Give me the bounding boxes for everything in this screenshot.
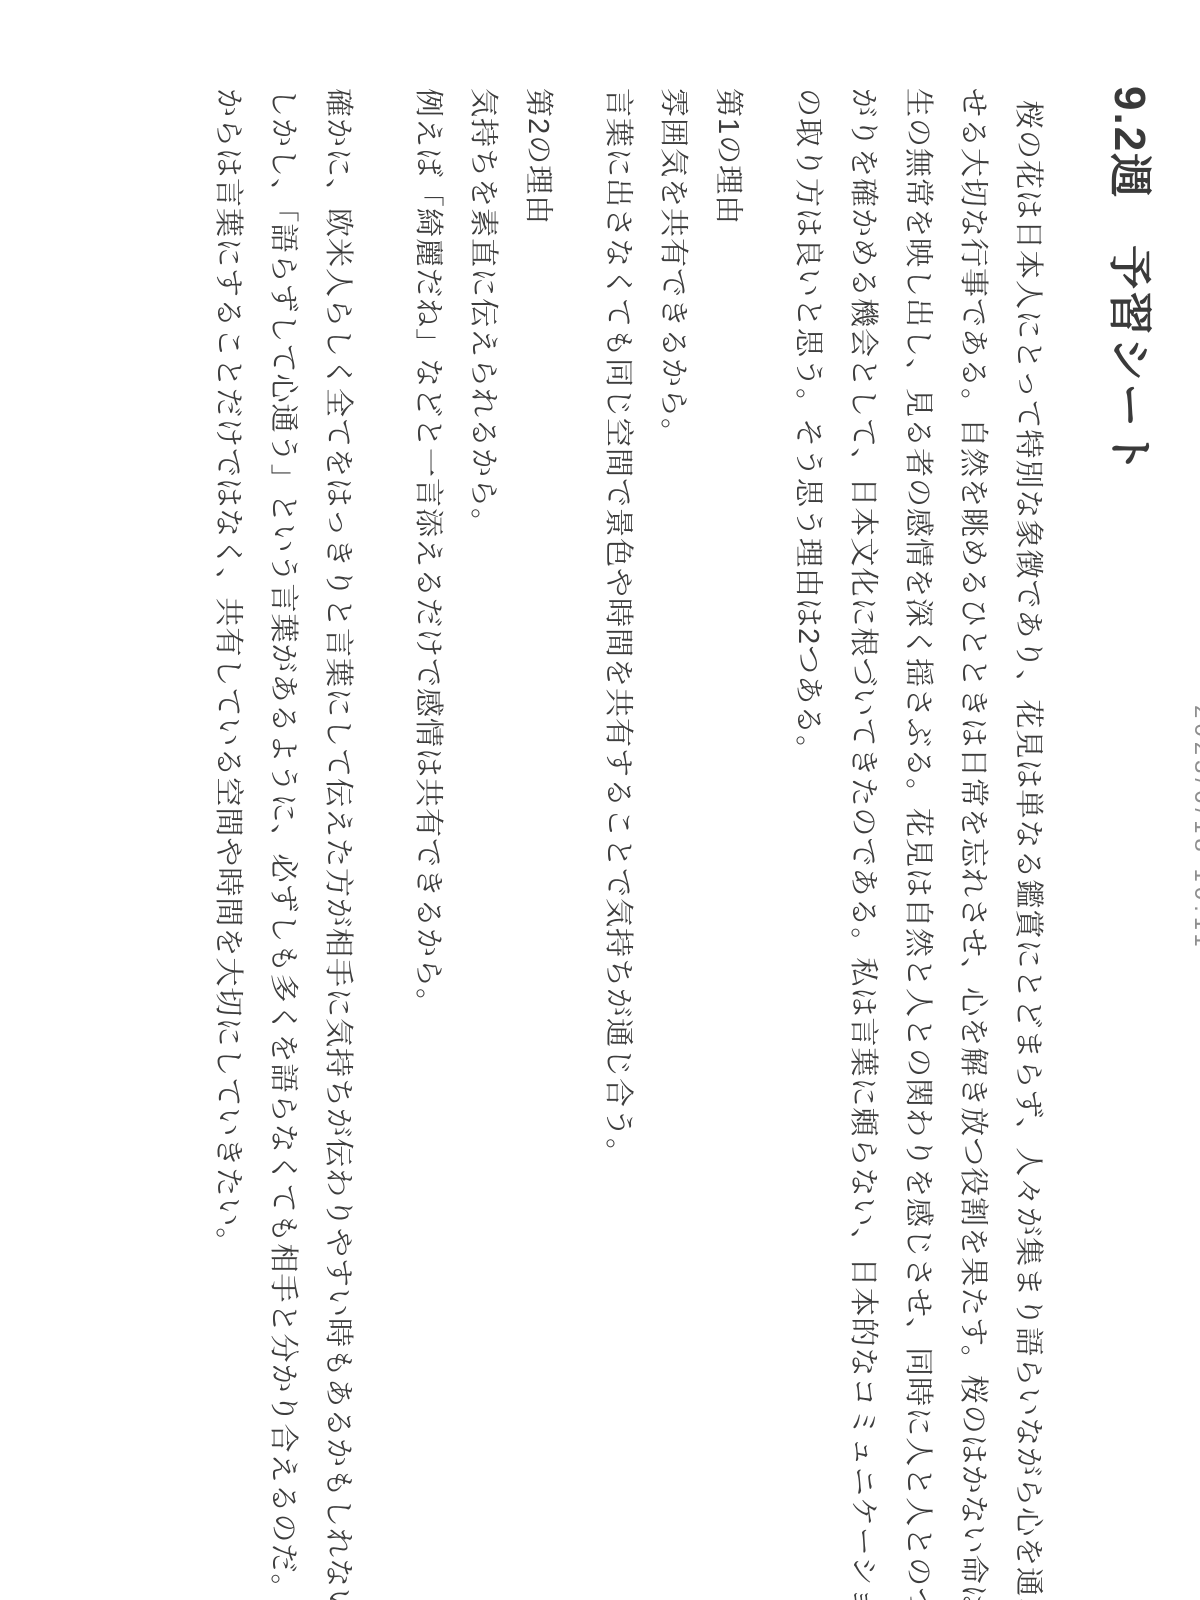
paragraph-reason1: 雰囲気を共有できるから。言葉に出さなくても同じ空間で景色や時間を共有することで気…: [590, 88, 700, 1578]
text-line: せる大切な行事である。自然を眺めるひとときは日常を忘れさせ、心を解き放つ役割を果…: [945, 88, 1000, 1578]
text-line: 桜の花は日本人にとって特別な象徴であり、花見は単なる鑑賞にとどまらず、人々が集ま…: [1000, 88, 1055, 1578]
essay-body: 桜の花は日本人にとって特別な象徴であり、花見は単なる鑑賞にとどまらず、人々が集ま…: [200, 88, 1055, 1578]
text-line: 例えば「綺麗だね」などと一言添えるだけで感情は共有できるから。: [400, 88, 455, 1578]
paragraph-reason2: 気持ちを素直に伝えられるから。例えば「綺麗だね」などと一言添えるだけで感情は共有…: [400, 88, 510, 1578]
paragraph-spacer: [365, 88, 400, 1578]
text-line: がりを確かめる機会として、日本文化に根づいてきたのである。私は言葉に頼らない、日…: [835, 88, 890, 1578]
print-header-timestamp: 2023/6/18 10:11: [1188, 705, 1200, 952]
page-title: 9.2週 予習シート: [1102, 86, 1166, 475]
rotated-document-page: 2023/6/18 10:11 9.2週 予習シート 桜の花は日本人にとって特別…: [0, 0, 1200, 1600]
paragraph-introduction: 桜の花は日本人にとって特別な象徴であり、花見は単なる鑑賞にとどまらず、人々が集ま…: [780, 88, 1055, 1578]
text-line: 雰囲気を共有できるから。: [645, 88, 700, 1578]
text-line: からは言葉にすることだけではなく、共有している空間や時間を大切にしていきたい。: [200, 88, 255, 1578]
text-line: 言葉に出さなくても同じ空間で景色や時間を共有することで気持ちが通じ合う。: [590, 88, 645, 1578]
worksheet-sheet: 2023/6/18 10:11 9.2週 予習シート 桜の花は日本人にとって特別…: [0, 0, 1200, 1600]
reason1-heading: 第1の理由: [700, 88, 755, 1578]
text-line: 確かに、欧米人らしく全てをはっきりと言葉にして伝えた方が相手に気持ちが伝わりやす…: [310, 88, 365, 1578]
text-line: 生の無常を映し出し、見る者の感情を深く揺さぶる。花見は自然と人との関わりを感じさ…: [890, 88, 945, 1578]
text-line: しかし、「語らずして心通う」という言葉があるように、必ずしも多くを語らなくても相…: [255, 88, 310, 1578]
text-line: の取り方は良いと思う。そう思う理由は2つある。: [780, 88, 835, 1578]
text-line: 気持ちを素直に伝えられるから。: [455, 88, 510, 1578]
paragraph-spacer: [755, 88, 780, 1578]
paragraph-conclusion: 確かに、欧米人らしく全てをはっきりと言葉にして伝えた方が相手に気持ちが伝わりやす…: [200, 88, 365, 1578]
reason2-heading: 第2の理由: [510, 88, 565, 1578]
paragraph-spacer: [565, 88, 590, 1578]
